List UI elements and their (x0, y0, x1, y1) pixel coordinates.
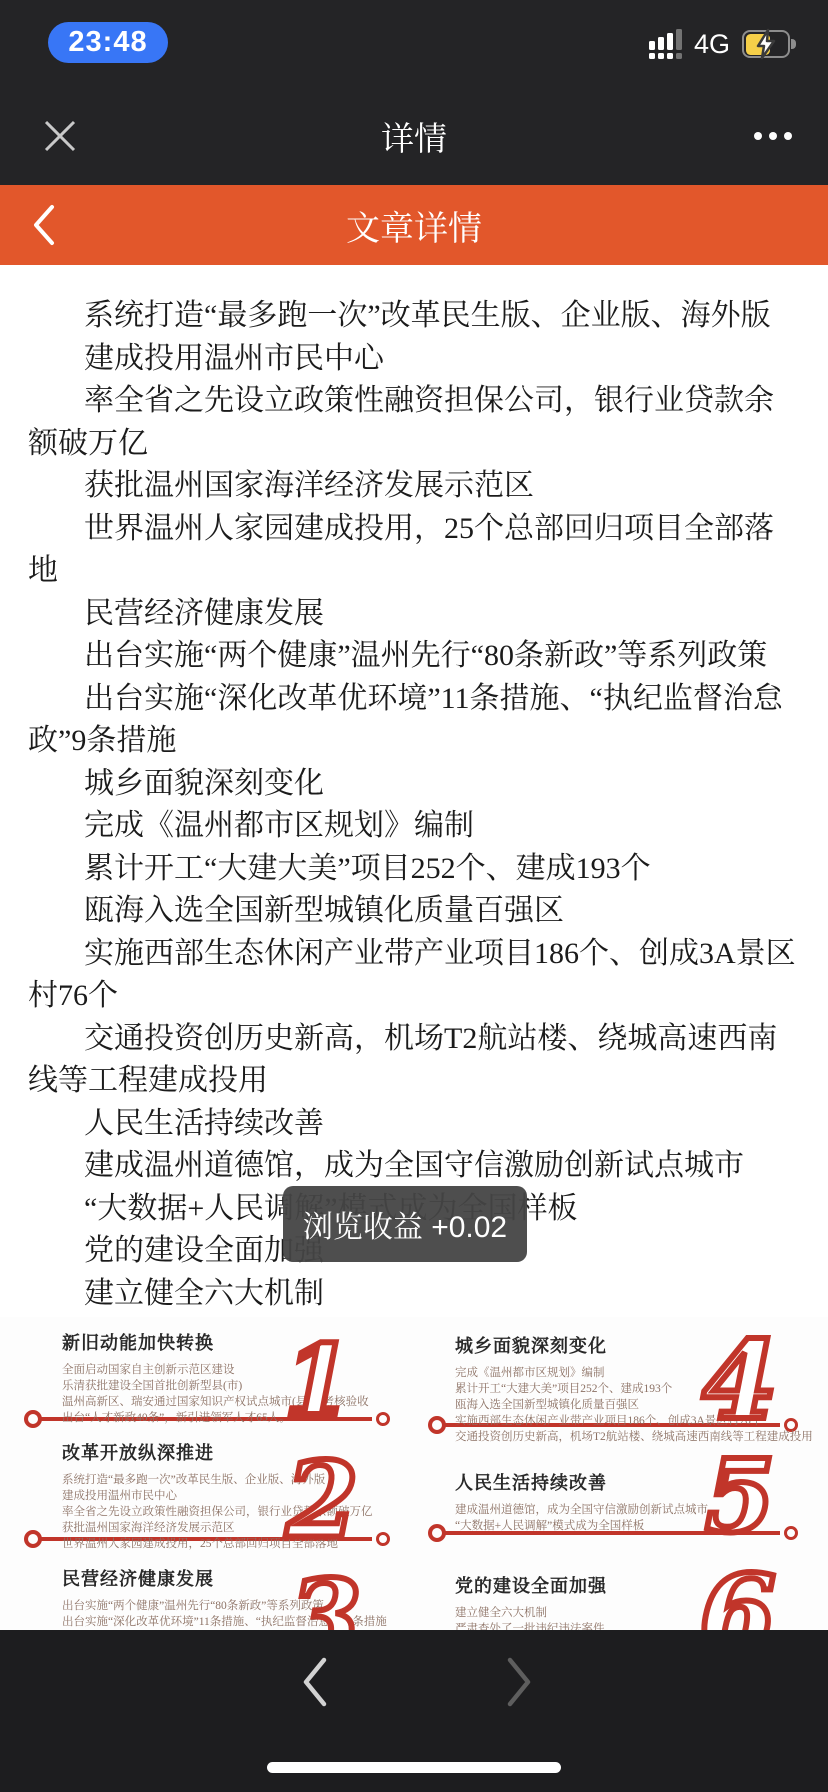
svg-text:3: 3 (289, 1557, 361, 1630)
cellular-signal-icon (649, 29, 682, 59)
article-paragraph: 实施西部生态休闲产业带产业项目186个、创成3A景区村76个 (28, 933, 800, 1018)
line-end-circle (24, 1530, 42, 1548)
article-paragraph: 交通投资创历史新高，机场T2航站楼、绕城高速西南线等工程建成投用 (28, 1018, 800, 1103)
charging-bolt-icon (750, 28, 782, 60)
article-paragraph: 民营经济健康发展 (28, 593, 800, 636)
next-page-icon[interactable] (498, 1656, 538, 1708)
section-number: 6 (685, 1539, 790, 1630)
article-paragraph: 率全省之先设立政策性融资担保公司，银行业贷款余额破万亿 (28, 380, 800, 465)
status-icons: 4G (649, 24, 798, 64)
battery-icon (742, 30, 798, 58)
infographic-image: 新旧动能加快转换 全面启动国家自主创新示范区建设 乐清获批建设全国首批创新型县(… (0, 1317, 828, 1630)
article-content: 系统打造“最多跑一次”改革民生版、企业版、海外版 建成投用温州市民中心 率全省之… (0, 265, 828, 1317)
section-number: 5 (690, 1429, 790, 1545)
svg-text:1: 1 (285, 1324, 352, 1437)
section-number: 3 (275, 1549, 375, 1630)
svg-text:6: 6 (699, 1550, 776, 1630)
article-header-bar: 文章详情 (0, 185, 828, 265)
line-end-circle (428, 1416, 446, 1434)
article-header-title: 文章详情 (0, 185, 828, 265)
more-options-icon[interactable] (754, 118, 792, 154)
article-paragraph: 出台实施“深化改革优环境”11条措施、“执纪监督治怠政”9条措施 (28, 678, 800, 763)
section-number: 2 (272, 1429, 372, 1551)
phone-screen: 23:48 4G 详情 (0, 0, 828, 1792)
line-end-circle (24, 1410, 42, 1428)
home-indicator[interactable] (267, 1762, 561, 1773)
svg-text:4: 4 (702, 1318, 777, 1444)
article-paragraph: 人民生活持续改善 (28, 1103, 800, 1146)
status-nav-bar: 23:48 4G 详情 (0, 0, 828, 185)
article-paragraph: 建成投用温州市民中心 (28, 338, 800, 381)
svg-text:5: 5 (705, 1437, 775, 1555)
article-paragraph: 城乡面貌深刻变化 (28, 763, 800, 806)
article-paragraph: 瓯海入选全国新型城镇化质量百强区 (28, 890, 800, 933)
svg-text:2: 2 (285, 1438, 358, 1561)
article-paragraph: 世界温州人家园建成投用，25个总部回归项目全部落地 (28, 508, 800, 593)
article-paragraph: 累计开工“大建大美”项目252个、建成193个 (28, 848, 800, 891)
article-paragraph: 建立健全六大机制 (28, 1273, 800, 1316)
section-number: 1 (268, 1319, 368, 1427)
article-paragraph: 完成《温州都市区规划》编制 (28, 805, 800, 848)
section-number: 4 (680, 1317, 800, 1432)
time-pill[interactable]: 23:48 (48, 22, 168, 63)
page-title: 详情 (0, 113, 828, 160)
prev-page-icon[interactable] (296, 1656, 336, 1708)
article-paragraph: 出台实施“两个健康”温州先行“80条新政”等系列政策 (28, 635, 800, 678)
network-type-label: 4G (694, 29, 730, 60)
article-paragraph: 系统打造“最多跑一次”改革民生版、企业版、海外版 (28, 295, 800, 338)
pager-bar (0, 1630, 828, 1792)
article-paragraph: 建成温州道德馆，成为全国守信激励创新试点城市 (28, 1145, 800, 1188)
article-paragraph: 获批温州国家海洋经济发展示范区 (28, 465, 800, 508)
line-end-circle (428, 1524, 446, 1542)
toast-notification: 浏览收益 +0.02 (283, 1186, 527, 1262)
nav-row: 详情 (0, 88, 828, 185)
